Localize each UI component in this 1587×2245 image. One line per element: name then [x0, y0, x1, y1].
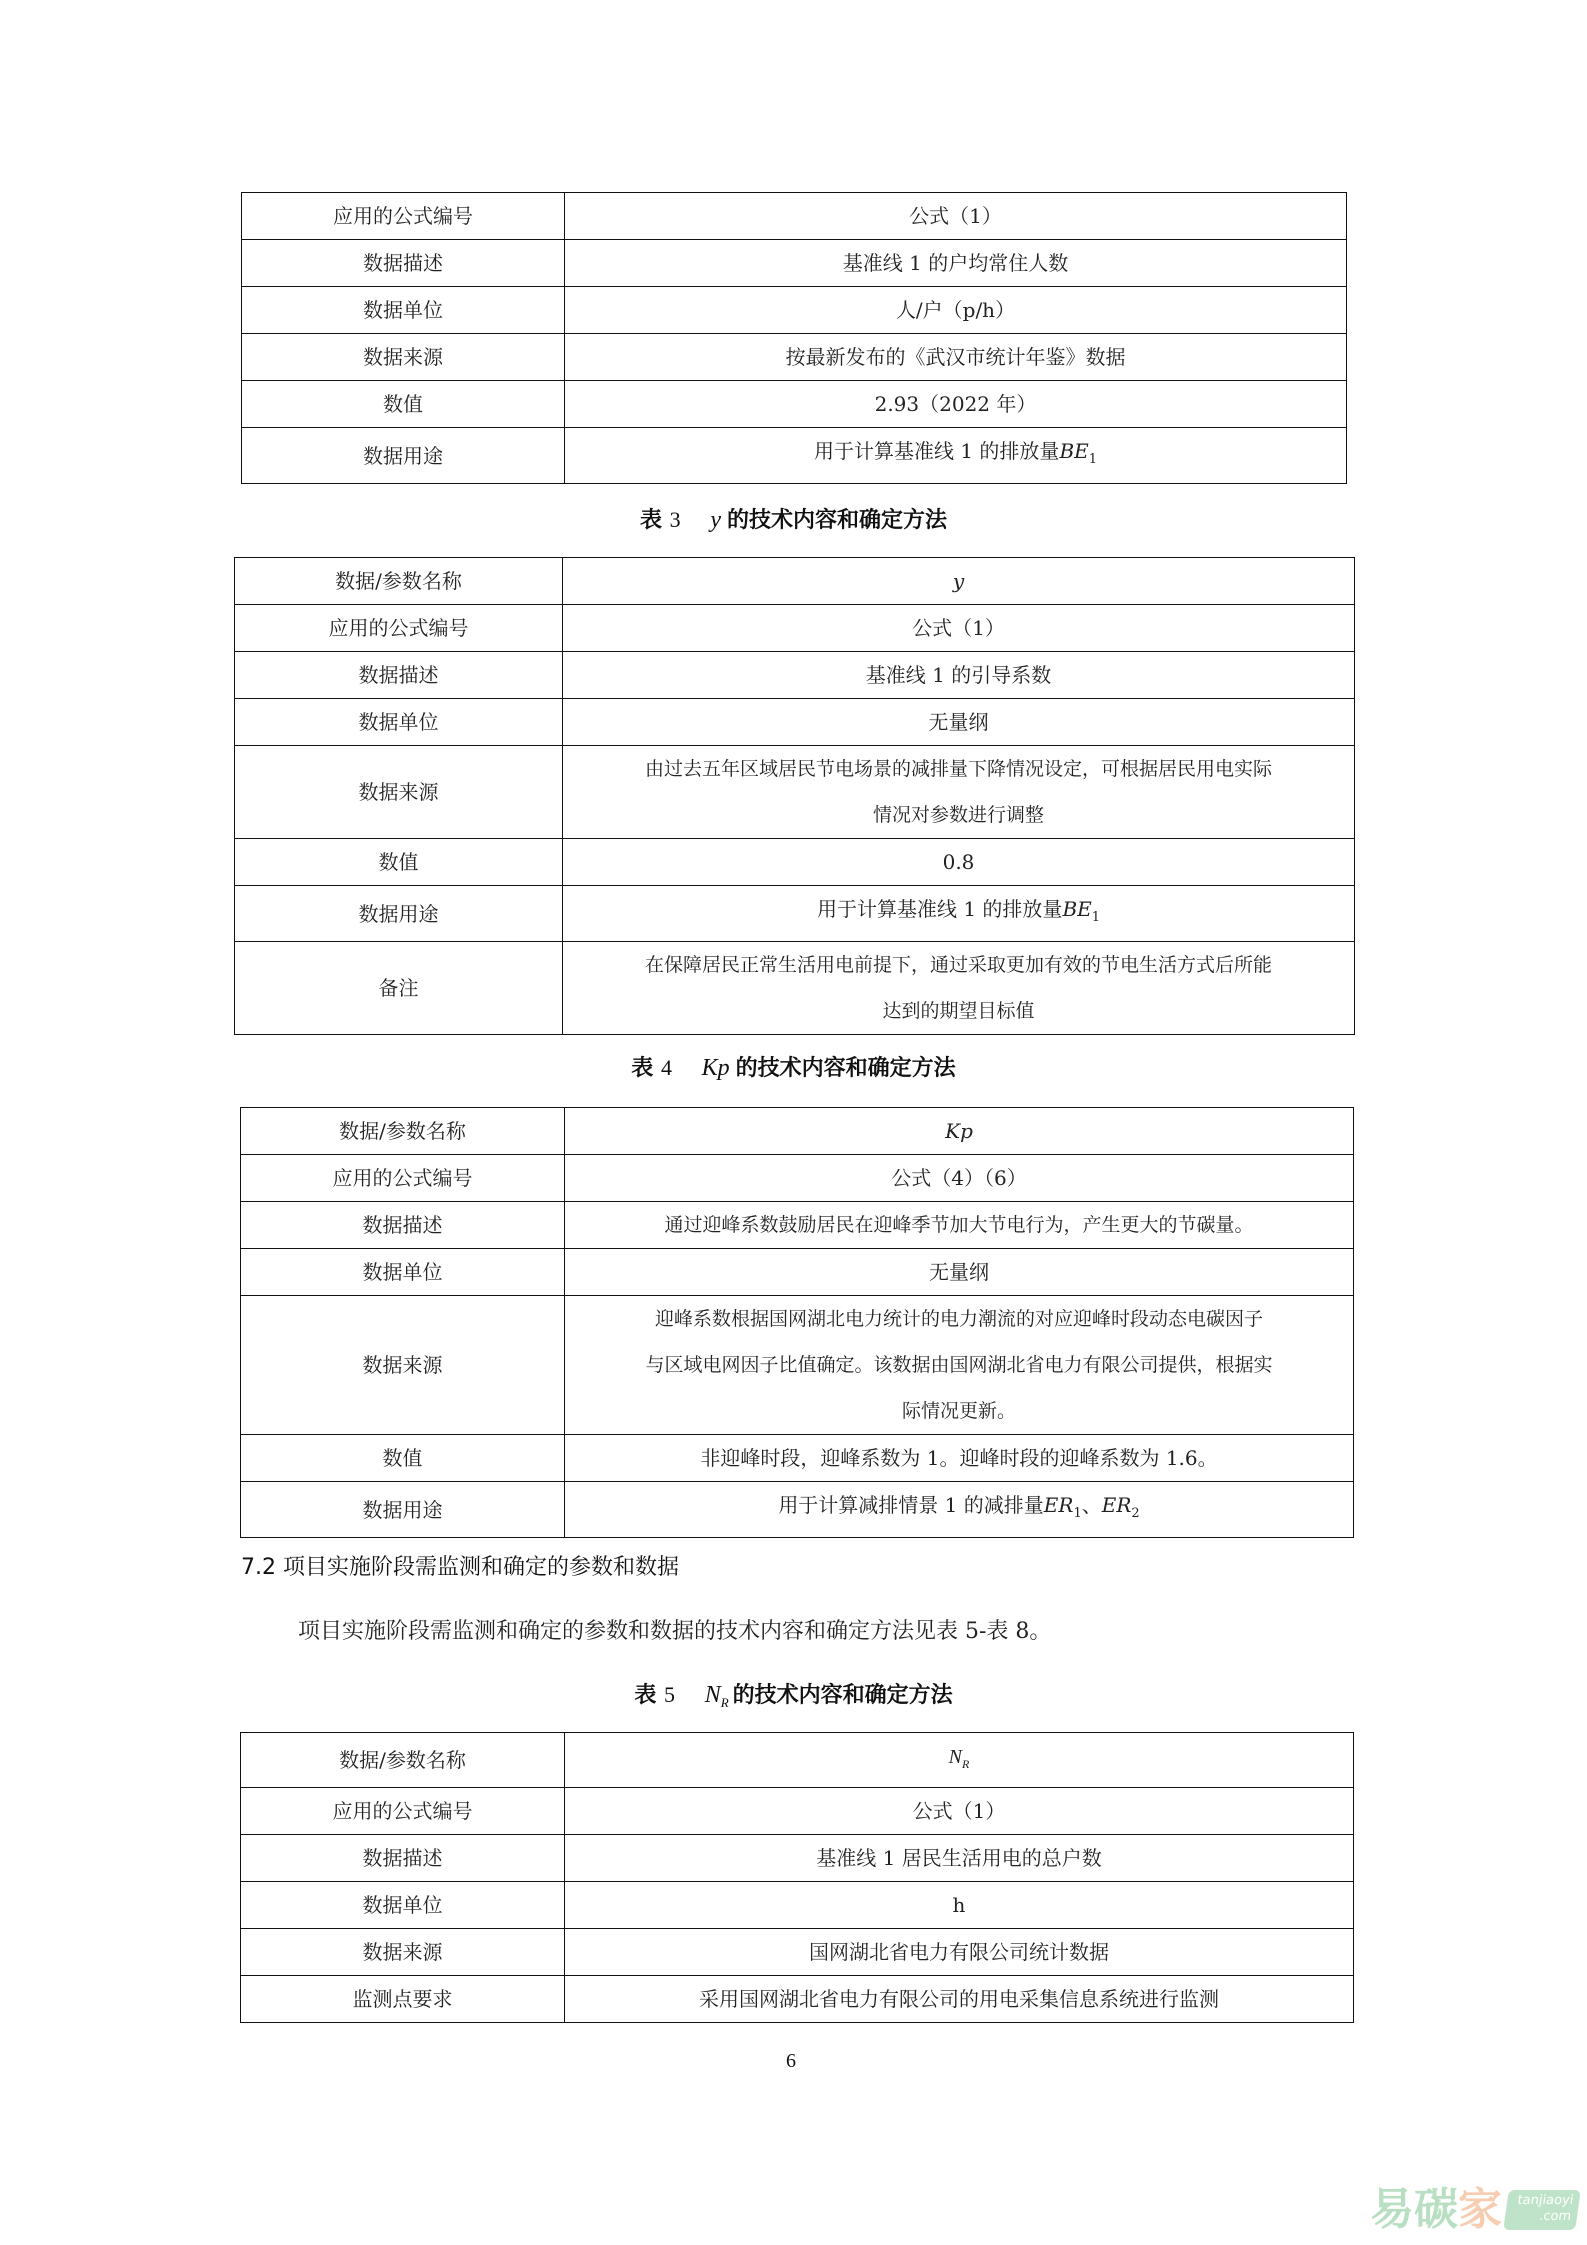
row-label: 数值 — [242, 381, 565, 428]
table-3-caption: 表 3 y的技术内容和确定方法 — [0, 503, 1587, 534]
row-label: 备注 — [235, 942, 563, 1035]
caption-prefix: 表 — [640, 508, 662, 533]
value-line: 达到的期望目标值 — [565, 988, 1352, 1034]
caption-suffix: 的技术内容和确定方法 — [736, 1056, 956, 1081]
table-row: 数据来源 按最新发布的《武汉市统计年鉴》数据 — [242, 334, 1347, 381]
table-row: 应用的公式编号 公式（1） — [242, 193, 1347, 240]
table-row: 备注 在保障居民正常生活用电前提下，通过采取更加有效的节电生活方式后所能达到的期… — [235, 942, 1355, 1035]
value-line: 情况对参数进行调整 — [565, 792, 1352, 838]
value-line: 在保障居民正常生活用电前提下，通过采取更加有效的节电生活方式后所能 — [565, 942, 1352, 988]
row-value: 人/户（p/h） — [565, 287, 1347, 334]
row-label: 数据来源 — [241, 1296, 565, 1435]
table-row: 数据描述 基准线 1 居民生活用电的总户数 — [241, 1835, 1354, 1882]
row-label: 数据描述 — [242, 240, 565, 287]
row-value: 迎峰系数根据国网湖北电力统计的电力潮流的对应迎峰时段动态电碳因子与区域电网因子比… — [565, 1296, 1354, 1435]
table-row: 数据描述 基准线 1 的户均常住人数 — [242, 240, 1347, 287]
table-row: 数据单位 无量纲 — [241, 1249, 1354, 1296]
row-value: 基准线 1 的户均常住人数 — [565, 240, 1347, 287]
row-value: 非迎峰时段，迎峰系数为 1。迎峰时段的迎峰系数为 1.6。 — [565, 1435, 1354, 1482]
caption-number: 3 — [670, 507, 681, 532]
row-value: h — [565, 1882, 1354, 1929]
watermark-char: 家 — [1458, 2185, 1502, 2235]
table-row: 数据描述 通过迎峰系数鼓励居民在迎峰季节加大节电行为，产生更大的节碳量。 — [241, 1202, 1354, 1249]
row-label: 数据来源 — [235, 746, 563, 839]
page-number: 6 — [786, 2050, 796, 2073]
table-row: 数据/参数名称 NR — [241, 1733, 1354, 1788]
row-value: 公式（1） — [563, 605, 1355, 652]
row-label: 数据用途 — [242, 428, 565, 484]
math-symbol: ER — [1044, 1493, 1074, 1517]
value-line: 由过去五年区域居民节电场景的减排量下降情况设定，可根据居民用电实际 — [565, 746, 1352, 792]
section-heading: 7.2 项目实施阶段需监测和确定的参数和数据 — [241, 1550, 679, 1581]
table-row: 应用的公式编号 公式（1） — [235, 605, 1355, 652]
table-4-caption: 表 4 Kp的技术内容和确定方法 — [0, 1051, 1587, 1082]
caption-number: 5 — [664, 1682, 675, 1707]
badge-text: tanjiaoyi — [1506, 2193, 1574, 2209]
row-label: 数据/参数名称 — [241, 1108, 565, 1155]
math-symbol: N — [949, 1746, 962, 1768]
row-label: 数据/参数名称 — [241, 1733, 565, 1788]
badge-text: .com — [1504, 2209, 1572, 2225]
table-2-continued: 应用的公式编号 公式（1） 数据描述 基准线 1 的户均常住人数 数据单位 人/… — [241, 192, 1347, 484]
table-row: 数据/参数名称 Kp — [241, 1108, 1354, 1155]
caption-prefix: 表 — [631, 1056, 653, 1081]
row-label: 数据单位 — [242, 287, 565, 334]
math-subscript: 1 — [1092, 910, 1100, 925]
section-paragraph: 项目实施阶段需监测和确定的参数和数据的技术内容和确定方法见表 5-表 8。 — [298, 1614, 1051, 1645]
row-label: 数据单位 — [241, 1249, 565, 1296]
table-row: 数据用途 用于计算基准线 1 的排放量BE1 — [242, 428, 1347, 484]
table-row: 数值 2.93（2022 年） — [242, 381, 1347, 428]
math-symbol: BE — [1062, 897, 1091, 921]
table-row: 数据来源 国网湖北省电力有限公司统计数据 — [241, 1929, 1354, 1976]
row-value: y — [563, 558, 1355, 605]
value-text: 用于计算基准线 1 的排放量 — [814, 439, 1059, 463]
row-value: 公式（4）（6） — [565, 1155, 1354, 1202]
row-value: 2.93（2022 年） — [565, 381, 1347, 428]
separator: 、 — [1082, 1493, 1102, 1517]
caption-suffix: 的技术内容和确定方法 — [727, 508, 947, 533]
row-value: 在保障居民正常生活用电前提下，通过采取更加有效的节电生活方式后所能达到的期望目标… — [563, 942, 1355, 1035]
watermark-badge: tanjiaoyi .com — [1503, 2190, 1581, 2230]
caption-number: 4 — [661, 1055, 672, 1080]
row-value: 0.8 — [563, 839, 1355, 886]
table-row: 数值 0.8 — [235, 839, 1355, 886]
row-value: 公式（1） — [565, 1788, 1354, 1835]
row-value: 由过去五年区域居民节电场景的减排量下降情况设定，可根据居民用电实际情况对参数进行… — [563, 746, 1355, 839]
row-label: 数据/参数名称 — [235, 558, 563, 605]
row-value: 用于计算减排情景 1 的减排量ER1、ER2 — [565, 1482, 1354, 1538]
row-label: 应用的公式编号 — [241, 1155, 565, 1202]
row-value: 无量纲 — [565, 1249, 1354, 1296]
table-4: 数据/参数名称 Kp 应用的公式编号 公式（4）（6） 数据描述 通过迎峰系数鼓… — [240, 1107, 1354, 1538]
row-label: 数据单位 — [235, 699, 563, 746]
table-row: 数据描述 基准线 1 的引导系数 — [235, 652, 1355, 699]
row-label: 数据描述 — [241, 1202, 565, 1249]
row-value: 公式（1） — [565, 193, 1347, 240]
table-5: 数据/参数名称 NR 应用的公式编号 公式（1） 数据描述 基准线 1 居民生活… — [240, 1732, 1354, 2023]
caption-prefix: 表 — [634, 1683, 656, 1708]
math-subscript: 2 — [1131, 1506, 1139, 1521]
caption-symbol: N — [705, 1682, 721, 1708]
table-row: 数据单位 无量纲 — [235, 699, 1355, 746]
row-value: NR — [565, 1733, 1354, 1788]
row-label: 数据来源 — [242, 334, 565, 381]
row-value: 用于计算基准线 1 的排放量BE1 — [563, 886, 1355, 942]
row-value: 国网湖北省电力有限公司统计数据 — [565, 1929, 1354, 1976]
value-line: 际情况更新。 — [567, 1388, 1351, 1434]
table-row: 数据来源 迎峰系数根据国网湖北电力统计的电力潮流的对应迎峰时段动态电碳因子与区域… — [241, 1296, 1354, 1435]
watermark-char: 易 — [1370, 2185, 1414, 2235]
math-subscript: 1 — [1089, 452, 1097, 467]
row-label: 应用的公式编号 — [241, 1788, 565, 1835]
table-row: 应用的公式编号 公式（4）（6） — [241, 1155, 1354, 1202]
table-row: 数据单位 人/户（p/h） — [242, 287, 1347, 334]
row-label: 应用的公式编号 — [242, 193, 565, 240]
row-value: 采用国网湖北省电力有限公司的用电采集信息系统进行监测 — [565, 1976, 1354, 2023]
table-row: 数据用途 用于计算基准线 1 的排放量BE1 — [235, 886, 1355, 942]
row-value: Kp — [565, 1108, 1354, 1155]
row-value: 用于计算基准线 1 的排放量BE1 — [565, 428, 1347, 484]
math-symbol: BE — [1059, 439, 1088, 463]
table-row: 数据单位 h — [241, 1882, 1354, 1929]
math-subscript: R — [962, 1757, 969, 1771]
math-symbol: ER — [1102, 1493, 1132, 1517]
table-row: 数据用途 用于计算减排情景 1 的减排量ER1、ER2 — [241, 1482, 1354, 1538]
value-text: 用于计算减排情景 1 的减排量 — [778, 1493, 1043, 1517]
row-label: 应用的公式编号 — [235, 605, 563, 652]
math-subscript: 1 — [1073, 1506, 1081, 1521]
value-text: 用于计算基准线 1 的排放量 — [817, 897, 1062, 921]
row-label: 数值 — [235, 839, 563, 886]
value-line: 与区域电网因子比值确定。该数据由国网湖北省电力有限公司提供，根据实 — [567, 1342, 1351, 1388]
table-5-caption: 表 5 NR的技术内容和确定方法 — [0, 1678, 1587, 1711]
caption-symbol: Kp — [702, 1055, 730, 1081]
row-value: 通过迎峰系数鼓励居民在迎峰季节加大节电行为，产生更大的节碳量。 — [565, 1202, 1354, 1249]
row-label: 数据用途 — [241, 1482, 565, 1538]
row-label: 数据描述 — [241, 1835, 565, 1882]
row-label: 数据来源 — [241, 1929, 565, 1976]
watermark-char: 碳 — [1414, 2185, 1458, 2235]
table-row: 数值 非迎峰时段，迎峰系数为 1。迎峰时段的迎峰系数为 1.6。 — [241, 1435, 1354, 1482]
table-3: 数据/参数名称 y 应用的公式编号 公式（1） 数据描述 基准线 1 的引导系数… — [234, 557, 1355, 1035]
row-label: 数据描述 — [235, 652, 563, 699]
table-row: 数据来源 由过去五年区域居民节电场景的减排量下降情况设定，可根据居民用电实际情况… — [235, 746, 1355, 839]
watermark-logo: 易 碳 家 tanjiaoyi .com — [1370, 2182, 1584, 2238]
row-label: 数据用途 — [235, 886, 563, 942]
row-value: 按最新发布的《武汉市统计年鉴》数据 — [565, 334, 1347, 381]
row-label: 数据单位 — [241, 1882, 565, 1929]
row-label: 监测点要求 — [241, 1976, 565, 2023]
value-line: 迎峰系数根据国网湖北电力统计的电力潮流的对应迎峰时段动态电碳因子 — [567, 1296, 1351, 1342]
caption-symbol: y — [710, 507, 721, 533]
table-row: 数据/参数名称 y — [235, 558, 1355, 605]
row-label: 数值 — [241, 1435, 565, 1482]
table-row: 监测点要求 采用国网湖北省电力有限公司的用电采集信息系统进行监测 — [241, 1976, 1354, 2023]
table-row: 应用的公式编号 公式（1） — [241, 1788, 1354, 1835]
caption-suffix: 的技术内容和确定方法 — [733, 1683, 953, 1708]
row-value: 基准线 1 的引导系数 — [563, 652, 1355, 699]
row-value: 基准线 1 居民生活用电的总户数 — [565, 1835, 1354, 1882]
caption-symbol-subscript: R — [721, 1695, 729, 1710]
row-value: 无量纲 — [563, 699, 1355, 746]
